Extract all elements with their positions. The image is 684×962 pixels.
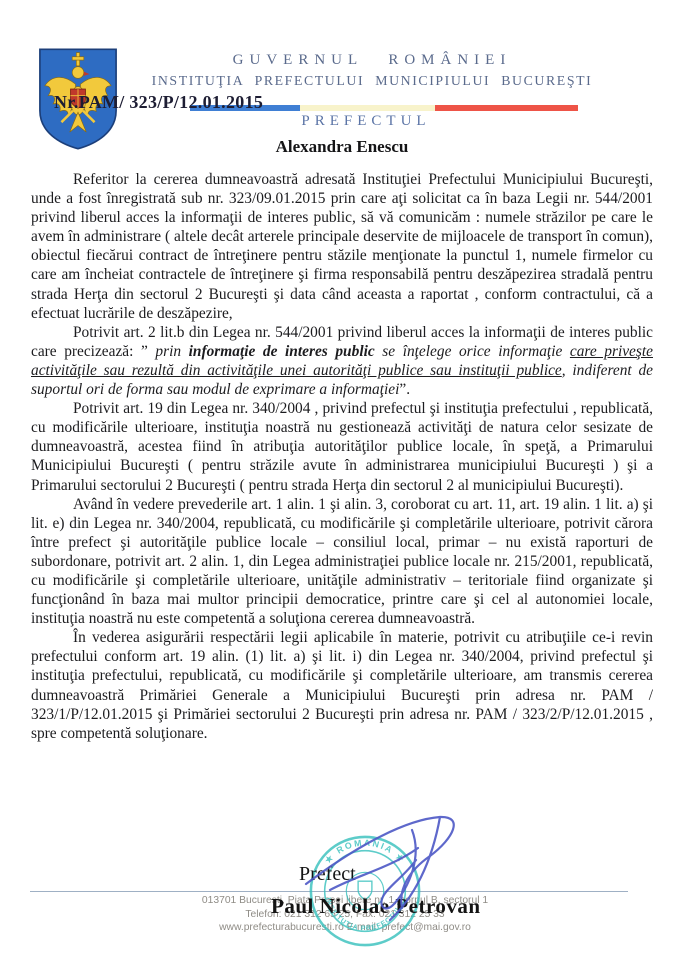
reference-number: Nr.PAM/ 323/P/12.01.2015 — [54, 92, 263, 113]
document-page: GUVERNUL ROMÂNIEI INSTITUŢIA PREFECTULUI… — [0, 0, 684, 962]
letterhead: GUVERNUL ROMÂNIEI INSTITUŢIA PREFECTULUI… — [62, 52, 682, 89]
p2-italic: prin — [155, 343, 188, 360]
p2-closing-quote: ”. — [399, 381, 410, 398]
institution-name: INSTITUŢIA PREFECTULUI MUNICIPIULUI BUCU… — [62, 73, 682, 89]
handwritten-signature — [288, 806, 488, 926]
paragraph-3: Potrivit art. 19 din Legea nr. 340/2004 … — [31, 399, 653, 494]
office-title: PREFECTUL — [56, 113, 676, 130]
flag-yellow-segment — [300, 105, 435, 111]
paragraph-5: În vederea asigurării respectării legii … — [31, 628, 653, 743]
paragraph-2: Potrivit art. 2 lit.b din Legea nr. 544/… — [31, 323, 653, 399]
flag-red-segment — [435, 105, 578, 111]
paragraph-1: Referitor la cererea dumneavoastră adres… — [31, 170, 653, 323]
government-name: GUVERNUL ROMÂNIEI — [62, 52, 682, 69]
p2-bold-italic: informaţie de interes public — [189, 343, 375, 360]
p2-italic: se înţelege orice informaţie — [375, 343, 570, 360]
paragraph-4: Având în vedere prevederile art. 1 alin.… — [31, 495, 653, 629]
letter-body: Referitor la cererea dumneavoastră adres… — [31, 170, 653, 743]
